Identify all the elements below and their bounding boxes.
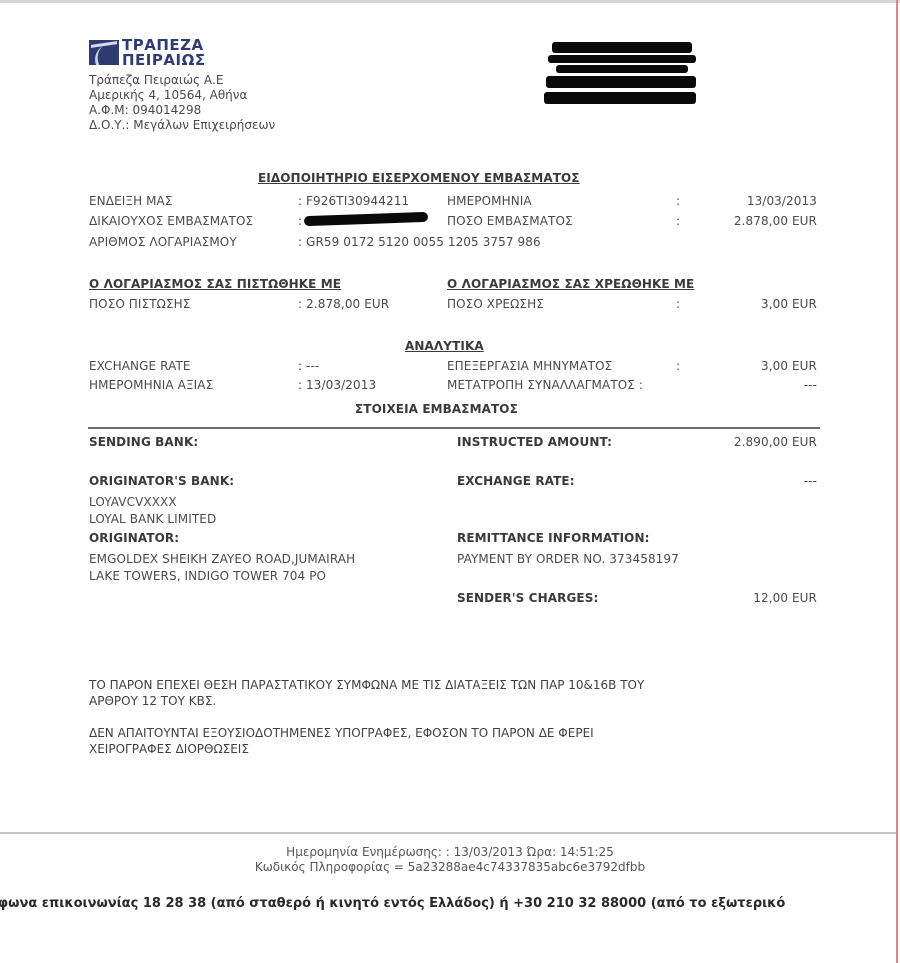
analytics-heading: ΑΝΑΛΥΤΙΚΑ (405, 339, 484, 353)
originators-bank-label: ORIGINATOR'S BANK: (89, 474, 234, 488)
value-date-label: ΗΜΕΡΟΜΗΝΙΑ ΑΞΙΑΣ (89, 378, 213, 392)
beneficiary-colon: : (298, 214, 302, 228)
logo-line-2: ΠΕΙΡΑΙΩΣ (122, 53, 206, 68)
top-border (0, 0, 900, 3)
address-line: Τράπεζα Πειραιώς Α.Ε (89, 73, 275, 88)
remit-exchange-rate-label: EXCHANGE RATE: (457, 474, 575, 488)
senders-charges-value: 12,00 EUR (700, 591, 817, 605)
footer-info-code: Κωδικός Πληροφορίας = 5a23288ae4c7433783… (0, 860, 900, 875)
legal-note-line: ΧΕΙΡΟΓΡΑΦΕΣ ΔΙΟΡΘΩΣΕΙΣ (89, 741, 594, 757)
legal-note-line: ΑΡΘΡΟΥ 12 ΤΟΥ ΚΒΣ. (89, 693, 644, 709)
originators-bank-bic: LOYAVCVXXXX (89, 495, 177, 509)
credit-amount-value: : 2.878,00 EUR (298, 297, 389, 311)
footer-update-line: Ημερομηνία Ενημέρωσης: : 13/03/2013 Ώρα:… (0, 845, 900, 860)
redacted-beneficiary (304, 212, 428, 226)
debit-amount-value: 3,00 EUR (700, 297, 817, 311)
reference-label: ΕΝΔΕΙΞΗ ΜΑΣ (89, 194, 173, 208)
amount-value: 2.878,00 EUR (700, 214, 817, 228)
legal-note-line: ΔΕΝ ΑΠΑΙΤΟΥΝΤΑΙ ΕΞΟΥΣΙΟΔΟΤΗΜΕΝΕΣ ΥΠΟΓΡΑΦ… (89, 725, 594, 741)
date-label: ΗΜΕΡΟΜΗΝΙΑ (447, 194, 532, 208)
address-line: Αμερικής 4, 10564, Αθήνα (89, 88, 275, 103)
sending-bank-label: SENDING BANK: (89, 435, 198, 449)
section-divider (88, 427, 820, 429)
debit-amount-label: ΠΟΣΟ ΧΡΕΩΣΗΣ (447, 297, 544, 311)
reference-value: : F926TI30944211 (298, 194, 409, 208)
legal-note-1: ΤΟ ΠΑΡΟΝ ΕΠΕΧΕΙ ΘΕΣΗ ΠΑΡΑΣΤΑΤΙΚΟΥ ΣΥΜΦΩΝ… (89, 677, 644, 709)
credit-amount-label: ΠΟΣΟ ΠΙΣΤΩΣΗΣ (89, 297, 190, 311)
legal-note-line: ΤΟ ΠΑΡΟΝ ΕΠΕΧΕΙ ΘΕΣΗ ΠΑΡΑΣΤΑΤΙΚΟΥ ΣΥΜΦΩΝ… (89, 677, 644, 693)
processing-value: 3,00 EUR (700, 359, 817, 373)
amount-label: ΠΟΣΟ ΕΜΒΑΣΜΑΤΟΣ (447, 214, 573, 228)
processing-colon: : (676, 359, 680, 373)
conversion-label: ΜΕΤΑΤΡΟΠΗ ΣΥΝΑΛΛΑΓΜΑΤΟΣ : (447, 378, 643, 392)
exchange-rate-value: : --- (298, 359, 319, 373)
processing-label: ΕΠΕΞΕΡΓΑΣΙΑ ΜΗΝΥΜΑΤΟΣ (447, 359, 612, 373)
conversion-value: --- (700, 378, 817, 392)
footer-contact-line: φωνα επικοινωνίας 18 28 38 (από σταθερό … (0, 896, 785, 911)
legal-note-2: ΔΕΝ ΑΠΑΙΤΟΥΝΤΑΙ ΕΞΟΥΣΙΟΔΟΤΗΜΕΝΕΣ ΥΠΟΓΡΑΦ… (89, 725, 594, 757)
bank-logo-icon (89, 40, 119, 65)
remittance-heading: ΣΤΟΙΧΕΙΑ ΕΜΒΑΣΜΑΤΟΣ (355, 402, 518, 416)
exchange-rate-label: EXCHANGE RATE (89, 359, 191, 373)
address-line: Δ.Ο.Υ.: Μεγάλων Επιχειρήσεων (89, 118, 275, 133)
value-date-value: : 13/03/2013 (298, 378, 376, 392)
instructed-amount-value: 2.890,00 EUR (680, 435, 817, 449)
account-value: : GR59 0172 5120 0055 1205 3757 986 (298, 235, 541, 249)
credited-heading: Ο ΛΟΓΑΡΙΑΣΜΟΣ ΣΑΣ ΠΙΣΤΩΘΗΚΕ ΜΕ (89, 277, 341, 291)
remit-exchange-rate-value: --- (700, 474, 817, 488)
account-label: ΑΡΙΘΜΟΣ ΛΟΓΑΡΙΑΣΜΟΥ (89, 235, 237, 249)
document-title: ΕΙΔΟΠΟΙΗΤΗΡΙΟ ΕΙΣΕΡΧΟΜΕΝΟΥ ΕΜΒΑΣΜΑΤΟΣ (258, 171, 580, 185)
bank-address: Τράπεζα Πειραιώς Α.Ε Αμερικής 4, 10564, … (89, 73, 275, 133)
date-colon: : (676, 194, 680, 208)
senders-charges-label: SENDER'S CHARGES: (457, 591, 598, 605)
amount-colon: : (676, 214, 680, 228)
originator-address-line: LAKE TOWERS, INDIGO TOWER 704 PO (89, 569, 326, 583)
instructed-amount-label: INSTRUCTED AMOUNT: (457, 435, 612, 449)
footer-divider (0, 832, 896, 834)
remittance-info-label: REMITTANCE INFORMATION: (457, 531, 650, 545)
right-edge-border (896, 0, 898, 963)
beneficiary-label: ΔΙΚΑΙΟΥΧΟΣ ΕΜΒΑΣΜΑΤΟΣ (89, 214, 253, 228)
originator-label: ORIGINATOR: (89, 531, 179, 545)
originators-bank-name: LOYAL BANK LIMITED (89, 512, 216, 526)
originator-address-line: EMGOLDEX SHEIKH ZAYEO ROAD,JUMAIRAH (89, 552, 355, 566)
address-line: Α.Φ.Μ: 094014298 (89, 103, 275, 118)
remittance-info-value: PAYMENT BY ORDER NO. 373458197 (457, 552, 679, 566)
debit-amount-colon: : (676, 297, 680, 311)
debited-heading: Ο ΛΟΓΑΡΙΑΣΜΟΣ ΣΑΣ ΧΡΕΩΘΗΚΕ ΜΕ (447, 277, 694, 291)
bank-logo-text: ΤΡΑΠΕΖΑ ΠΕΙΡΑΙΩΣ (122, 38, 206, 68)
date-value: 13/03/2013 (700, 194, 817, 208)
